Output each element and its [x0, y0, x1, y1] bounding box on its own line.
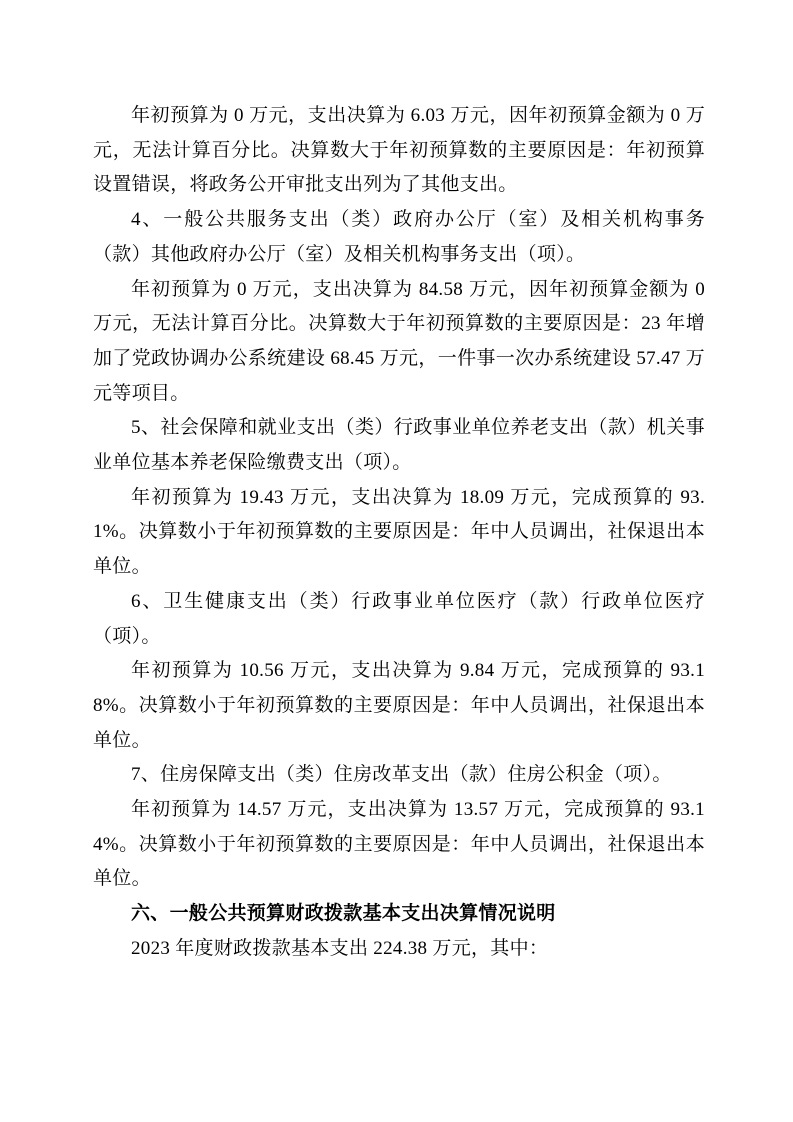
document-text-block: 年初预算为 0 万元，支出决算为 6.03 万元，因年初预算金额为 0 万元，无…	[93, 99, 705, 967]
para-budget-note-item3: 年初预算为 0 万元，支出决算为 6.03 万元，因年初预算金额为 0 万元，无…	[93, 99, 705, 203]
para-budget-note-item5: 年初预算为 19.43 万元，支出决算为 18.09 万元，完成预算的 93.1…	[93, 481, 705, 585]
para-budget-note-item7: 年初预算为 14.57 万元，支出决算为 13.57 万元，完成预算的 93.1…	[93, 793, 705, 897]
para-item7-title: 7、住房保障支出（类）住房改革支出（款）住房公积金（项）。	[93, 758, 705, 793]
section-heading-six: 六、一般公共预算财政拨款基本支出决算情况说明	[93, 897, 705, 932]
para-item6-title: 6、卫生健康支出（类）行政事业单位医疗（款）行政单位医疗（项）。	[93, 585, 705, 654]
para-basic-expenditure-summary: 2023 年度财政拨款基本支出 224.38 万元，其中：	[93, 932, 705, 967]
para-item5-title: 5、社会保障和就业支出（类）行政事业单位养老支出（款）机关事业单位基本养老保险缴…	[93, 411, 705, 480]
para-item4-title: 4、一般公共服务支出（类）政府办公厅（室）及相关机构事务（款）其他政府办公厅（室…	[93, 203, 705, 272]
para-budget-note-item4: 年初预算为 0 万元，支出决算为 84.58 万元，因年初预算金额为 0 万元，…	[93, 273, 705, 412]
document-page: 年初预算为 0 万元，支出决算为 6.03 万元，因年初预算金额为 0 万元，无…	[0, 0, 793, 1122]
para-budget-note-item6: 年初预算为 10.56 万元，支出决算为 9.84 万元，完成预算的 93.18…	[93, 654, 705, 758]
